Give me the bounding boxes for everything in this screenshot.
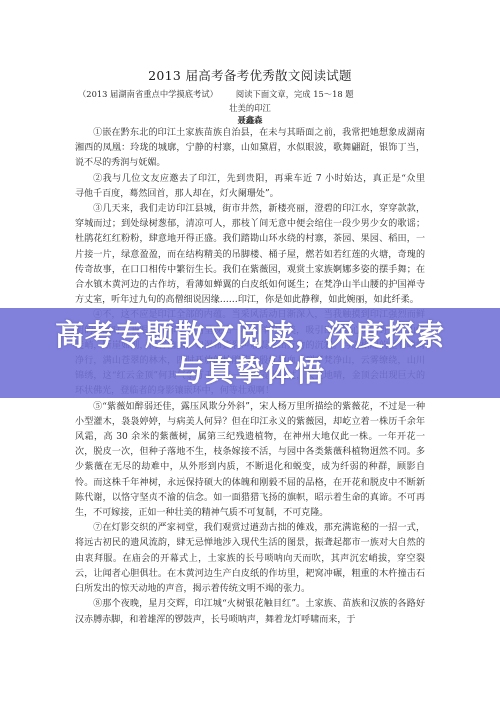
document-subtitle: （2013 届湖南省重点中学摸底考试）阅读下面文章，完成 15～18 题 (78, 88, 354, 100)
banner-headline-line-2: 与真挚体悟 (175, 353, 325, 389)
paragraph-1: ①嵌在黔东北的印江土家族苗族自治县，在未与其晤面之前，我常把她想象成湖南湘西的凤… (75, 126, 425, 172)
document-page: 2013 届高考备考优秀散文阅读试题 （2013 届湖南省重点中学摸底考试）阅读… (0, 0, 500, 707)
paragraph-5: ⑤“紫薇如醉弱还佳，露压风欺分外斜”，宋人杨万里所描绘的紫薇花，不过是一种小型灌… (75, 400, 425, 522)
paragraph-8: ⑧那个夜晚，星月交辉，印江城“火树银花触目红”。土家族、苗族和汉族的各路好汉赤膊… (75, 597, 425, 627)
exam-instruction: 阅读下面文章，完成 15～18 题 (236, 89, 354, 99)
document-title: 2013 届高考备考优秀散文阅读试题 (0, 66, 500, 84)
exam-source: （2013 届湖南省重点中学摸底考试） (78, 89, 218, 99)
paragraph-2: ②我与几位文友应邀去了印江，先到贵阳，再乘车近 7 小时始达，真正是“众里 寻他… (75, 172, 425, 202)
essay-author: 聂鑫森 (0, 114, 500, 126)
essay-title: 壮美的印江 (0, 102, 500, 114)
paragraph-3: ③几天来，我们走访印江县城，街市井然，新楼亮丽，澄碧的印江水，穿穿款款，穿城而过… (75, 202, 425, 308)
headline-banner: 高考专题散文阅读，深度探索 与真挚体悟 (0, 308, 500, 398)
banner-headline-line-1: 高考专题散文阅读，深度探索 (55, 317, 445, 353)
paragraph-7: ⑦在灯影交织的严家祠堂，我们观赏过遒劲古拙的傩戏，那充满诡秘的一招一式，将远古初… (75, 521, 425, 597)
